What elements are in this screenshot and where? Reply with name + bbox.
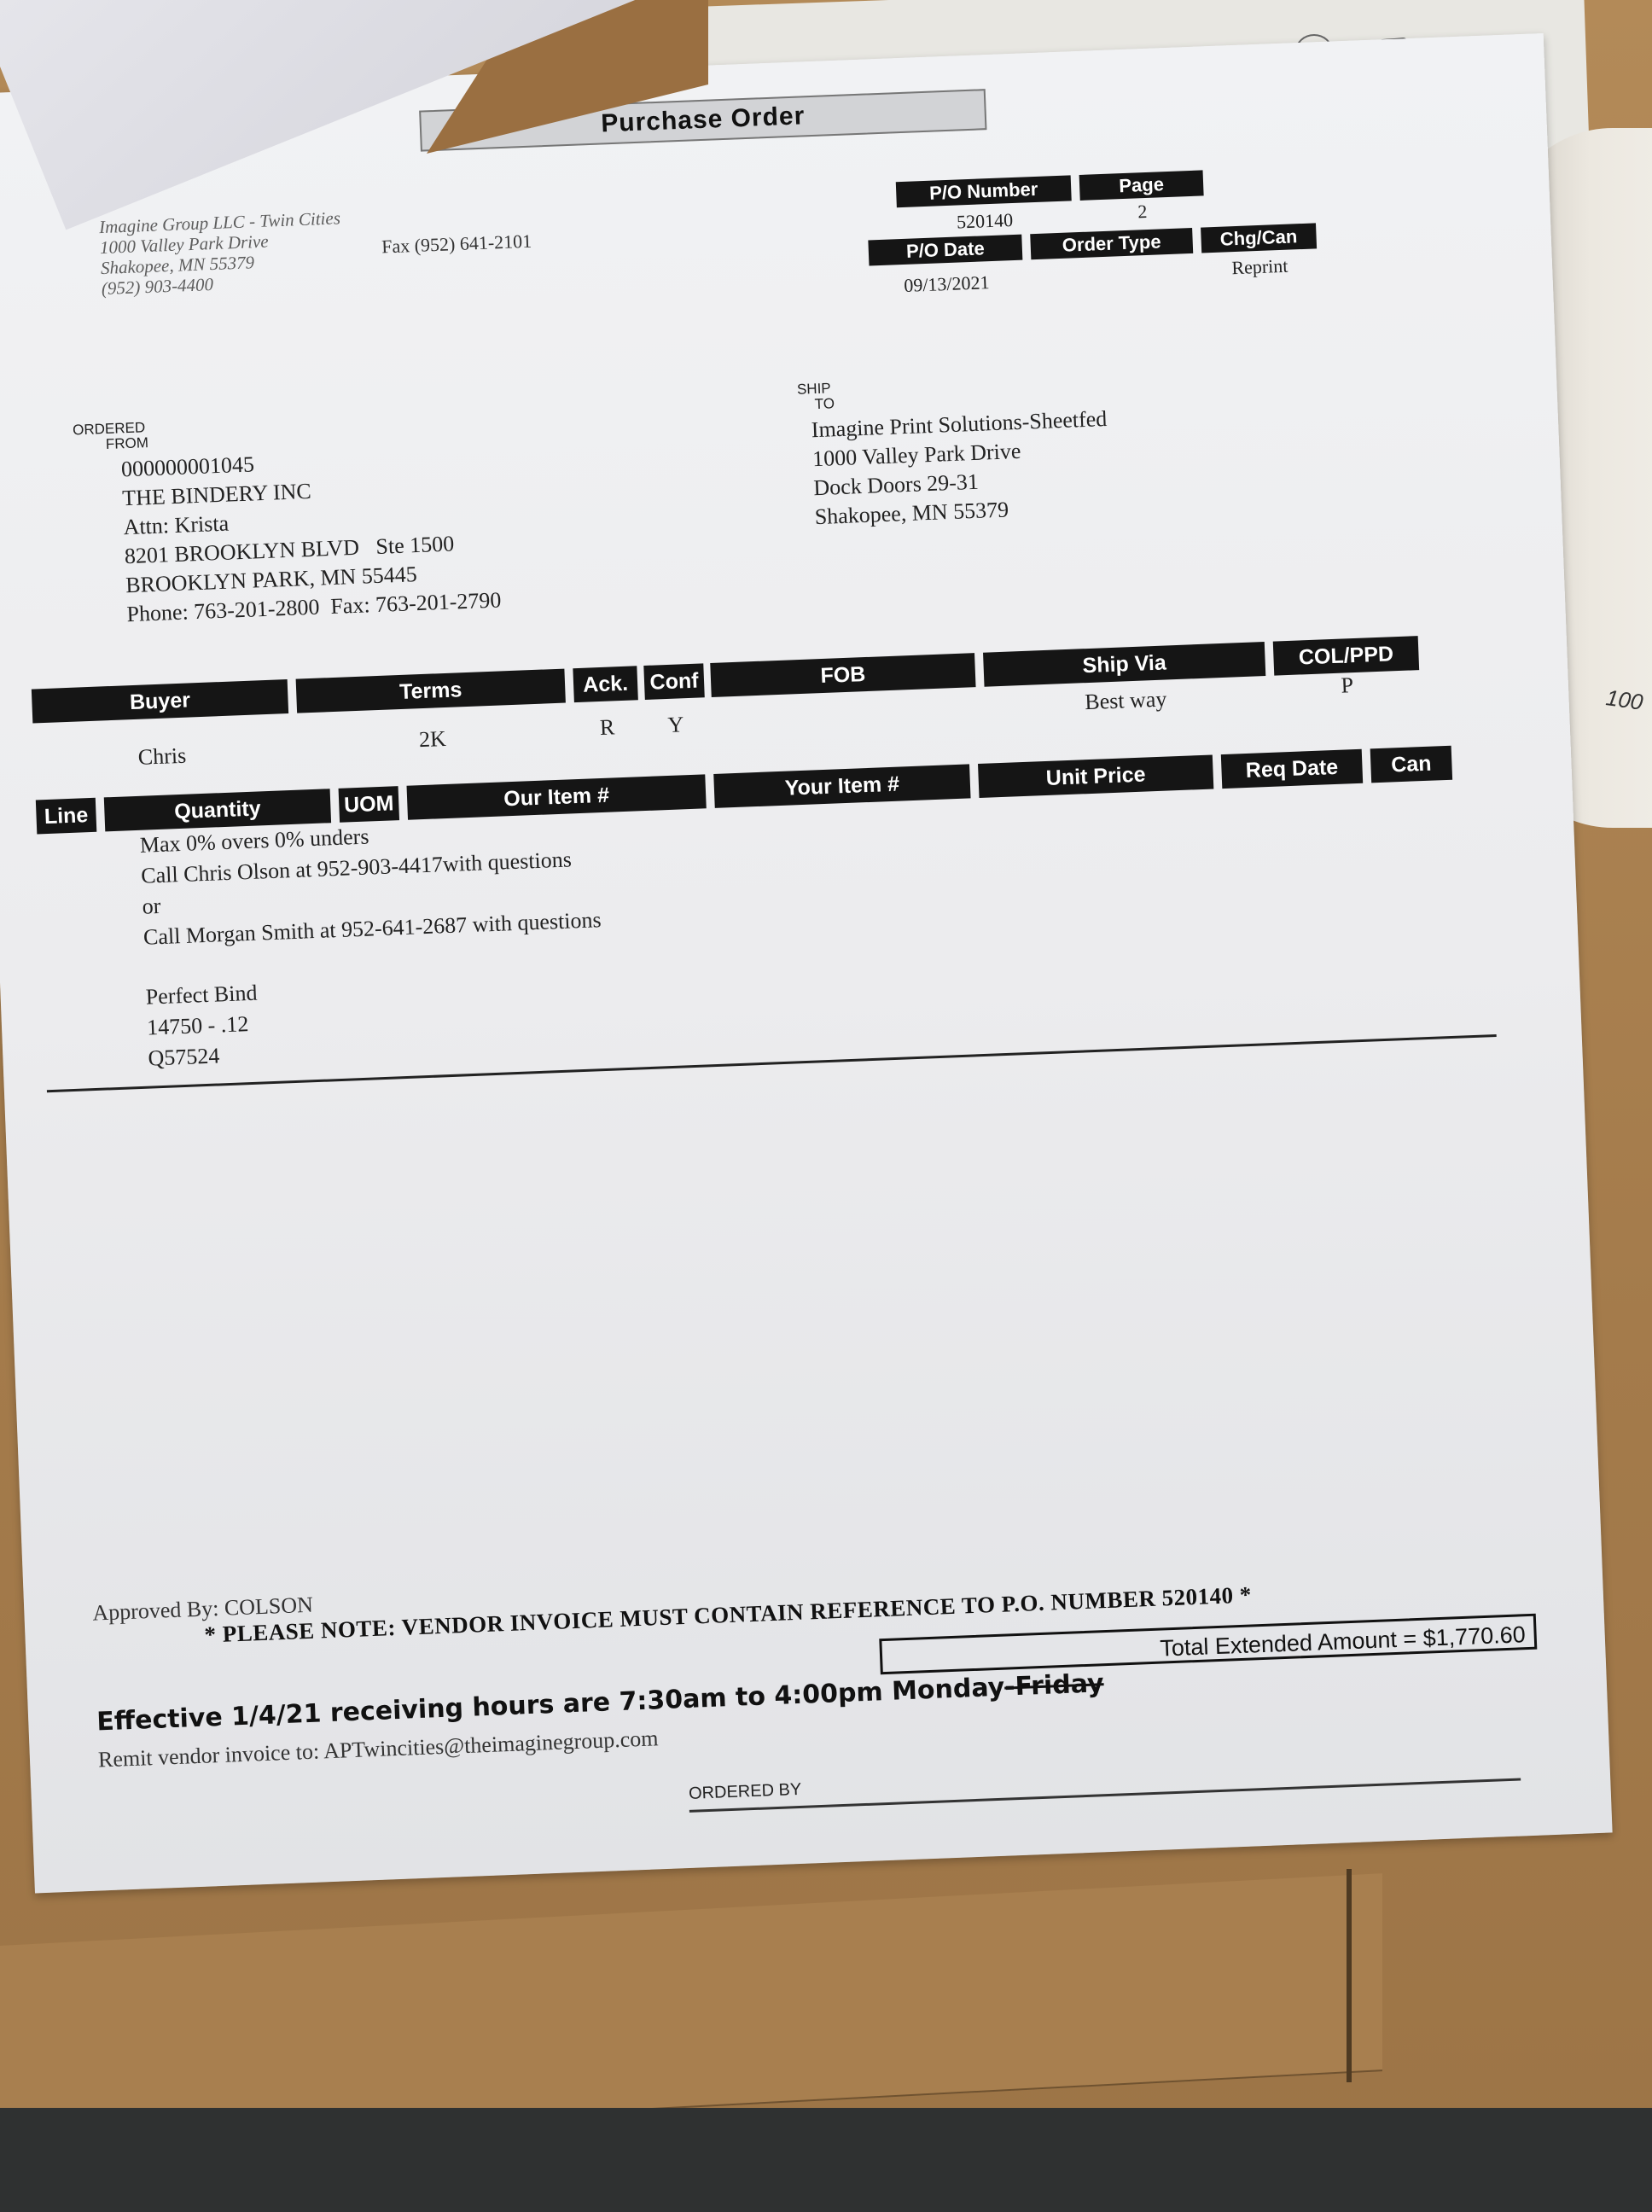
total-extended-amount: Total Extended Amount = $1,770.60: [879, 1614, 1537, 1675]
ship-to-label: SHIP TO: [797, 381, 835, 413]
page-number: 2: [1080, 198, 1205, 225]
buyer-value: Chris: [34, 739, 291, 774]
page-header: Page: [1079, 170, 1204, 201]
req-date-header: Req Date: [1221, 749, 1363, 789]
ship-via-header: Ship Via: [983, 642, 1265, 687]
ordered-by-signature-line: [689, 1778, 1521, 1813]
fob-value: [712, 701, 976, 711]
conf-header: Conf: [643, 663, 704, 700]
chg-can-header: Chg/Can: [1201, 223, 1317, 253]
purchase-order-sheet: Purchase Order Imagine Group LLC - Twin …: [0, 33, 1613, 1893]
terms-header: Terms: [296, 669, 566, 713]
vendor-address: 000000001045 THE BINDERY INC Attn: Krist…: [120, 440, 502, 629]
col-ppd-header: COL/PPD: [1273, 636, 1419, 675]
ship-via-value: Best way: [985, 683, 1267, 719]
po-number: 520140: [897, 207, 1073, 236]
uom-header: UOM: [339, 786, 399, 823]
order-type-header: Order Type: [1030, 228, 1193, 259]
can-header: Can: [1370, 746, 1452, 783]
po-date: 09/13/2021: [870, 271, 1024, 299]
from-label: FROM: [73, 435, 149, 453]
col-ppd-value: P: [1274, 670, 1420, 701]
your-item-header: Your Item #: [713, 764, 970, 807]
ship-to-address: Imagine Print Solutions-Sheetfed 1000 Va…: [811, 405, 1111, 532]
floor-shadow: [0, 2108, 1652, 2212]
ack-value: R: [575, 713, 640, 742]
receiving-hours-struck: -Friday: [1004, 1668, 1105, 1702]
chg-can: Reprint: [1201, 253, 1318, 280]
line-item-notes: Max 0% overs 0% unders Call Chris Olson …: [139, 812, 606, 1074]
conf-value: Y: [645, 711, 706, 739]
fob-header: FOB: [710, 653, 975, 697]
receiving-hours-notice: Effective 1/4/21 receiving hours are 7:3…: [96, 1668, 1105, 1737]
company-address: Imagine Group LLC - Twin Cities 1000 Val…: [99, 207, 343, 299]
ordered-by-label: ORDERED BY: [689, 1780, 802, 1804]
cardboard-crease: [1347, 1869, 1352, 2082]
to-label: TO: [797, 396, 835, 413]
line-header: Line: [36, 798, 96, 835]
company-fax: Fax (952) 641-2101: [381, 230, 532, 259]
unit-price-header: Unit Price: [978, 754, 1213, 798]
ordered-from-label: ORDERED FROM: [73, 420, 148, 453]
our-item-header: Our Item #: [407, 774, 707, 819]
receiving-hours-text: Effective 1/4/21 receiving hours are 7:3…: [96, 1673, 1005, 1738]
terms-value: 2K: [298, 722, 567, 758]
po-date-header: P/O Date: [868, 235, 1022, 266]
po-number-header: P/O Number: [896, 175, 1072, 207]
ack-header: Ack.: [573, 666, 637, 702]
order-type: [1032, 264, 1194, 270]
roll-label: 100: [1604, 684, 1644, 716]
buyer-header: Buyer: [32, 679, 288, 723]
